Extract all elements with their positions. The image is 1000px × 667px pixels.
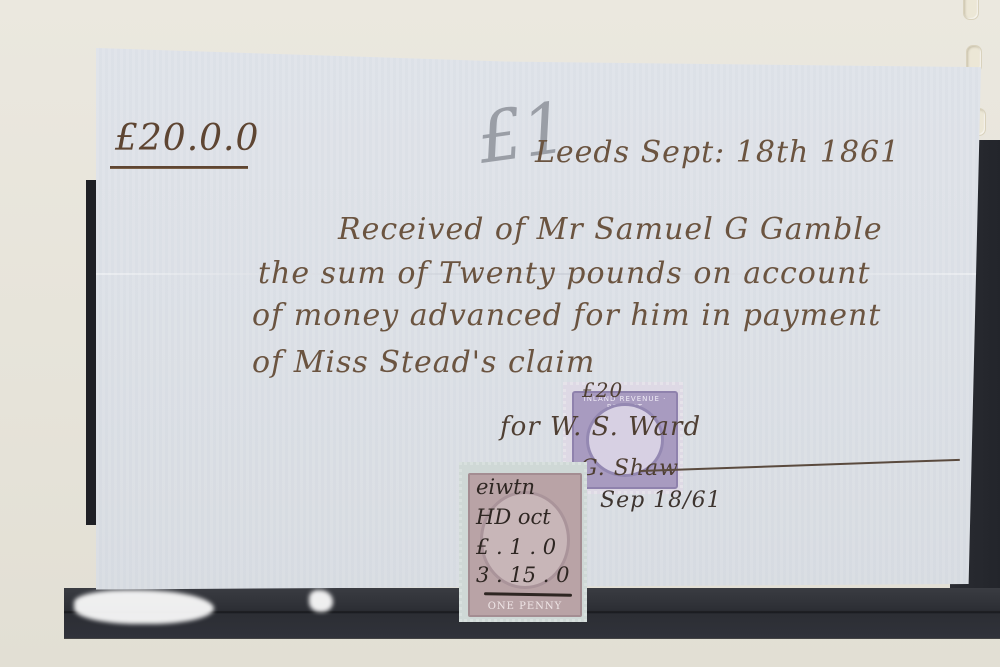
sleeve-glare <box>74 590 214 624</box>
stamp-overwriting: £ . 1 . 0 <box>476 535 556 559</box>
sleeve-glare <box>309 590 333 612</box>
place-date: Leeds Sept: 18th 1861 <box>535 135 900 170</box>
signature-for: for W. S. Ward <box>500 412 701 442</box>
stamp-overwriting: HD oct <box>476 505 551 529</box>
receipt-line: of money advanced for him in payment <box>252 298 881 333</box>
receipt-line: of Miss Stead's claim <box>252 345 595 380</box>
binder-hole <box>963 0 979 20</box>
receipt-line: Received of Mr Samuel G Gamble <box>338 212 883 247</box>
signature-amount: £20 <box>582 378 623 402</box>
amount-underline <box>110 166 248 169</box>
signature-date: Sep 18/61 <box>600 488 722 513</box>
cancel-squiggle <box>484 592 572 597</box>
stamp-overwriting: 3 . 15 . 0 <box>476 563 570 587</box>
one-penny-stamp: eiwtn HD oct £ . 1 . 0 3 . 15 . 0 ONE PE… <box>459 462 587 622</box>
stamp-frame: eiwtn HD oct £ . 1 . 0 3 . 15 . 0 ONE PE… <box>468 473 582 617</box>
stamp-value-label: ONE PENNY <box>470 601 580 612</box>
amount-figure: £20.0.0 <box>115 118 259 159</box>
receipt-line: the sum of Twenty pounds on account <box>258 256 871 291</box>
black-mount-left <box>86 180 96 525</box>
stamp-overwriting: eiwtn <box>476 475 535 499</box>
